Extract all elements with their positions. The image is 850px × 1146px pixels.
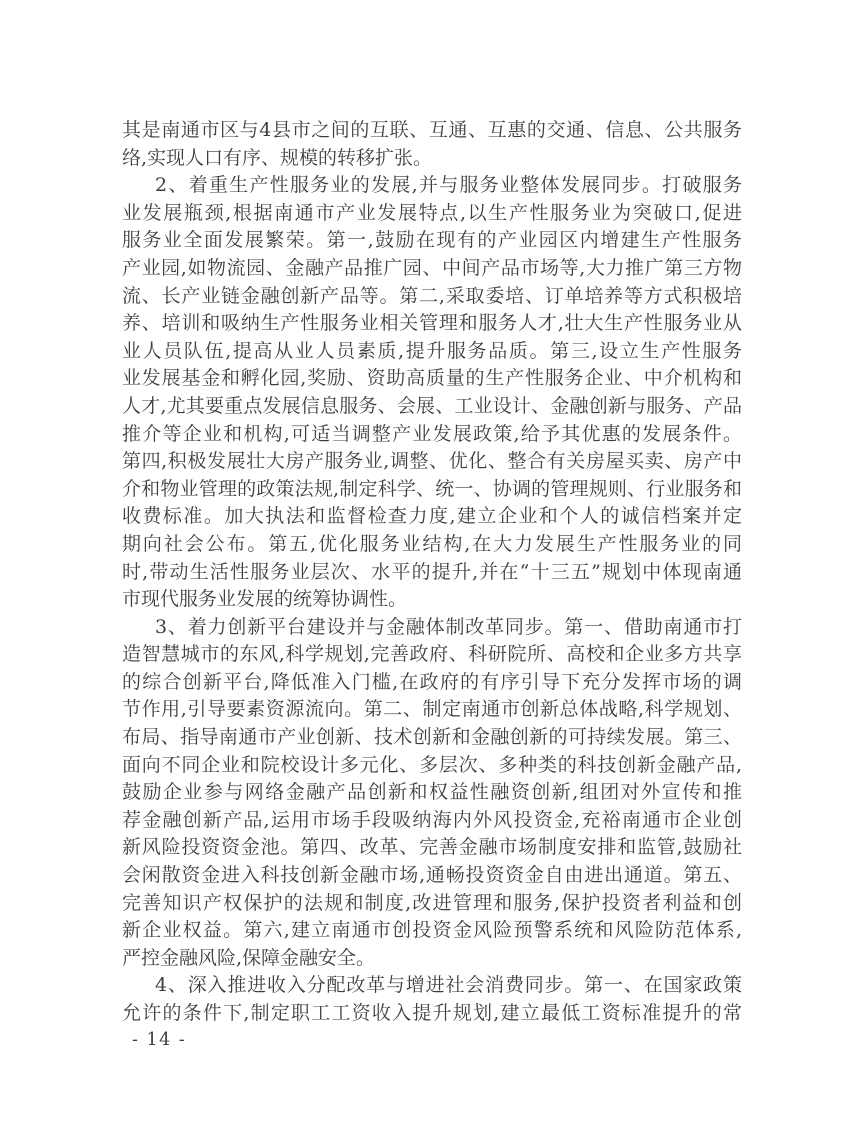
text-line: 新风险投资资金池。第四、改革、完善金融市场制度安排和监管,鼓励社 [122,834,742,862]
text-line: 络,实现人口有序、规模的转移扩张。 [122,145,742,173]
text-line: 服务业全面发展繁荣。第一,鼓励在现有的产业园区内增建生产性服务 [122,227,742,255]
text-line: 期向社会公布。第五,优化服务业结构,在大力发展生产性服务业的同 [122,531,742,559]
text-line: 第四,积极发展壮大房产服务业,调整、优化、整合有关房屋买卖、房产中 [122,448,742,476]
text-line: 严控金融风险,保障金融安全。 [122,945,742,973]
text-line: 会闲散资金进入科技创新金融市场,通畅投资资金自由进出通道。第五、 [122,862,742,890]
text-line: 2、着重生产性服务业的发展,并与服务业整体发展同步。打破服务 [122,172,742,200]
text-line: 养、培训和吸纳生产性服务业相关管理和服务人才,壮大生产性服务业从 [122,310,742,338]
text-line: 造智慧城市的东风,科学规划,完善政府、科研院所、高校和企业多方共享 [122,641,742,669]
text-line: 市现代服务业发展的统筹协调性。 [122,586,742,614]
text-line: 时,带动生活性服务业层次、水平的提升,并在“十三五”规划中体现南通 [122,559,742,587]
text-line: 人才,尤其要重点发展信息服务、会展、工业设计、金融创新与服务、产品 [122,393,742,421]
text-line: 的综合创新平台,降低准入门槛,在政府的有序引导下充分发挥市场的调 [122,669,742,697]
text-line: 介和物业管理的政策法规,制定科学、统一、协调的管理规则、行业服务和 [122,476,742,504]
text-line: 4、深入推进收入分配改革与增进社会消费同步。第一、在国家政策 [122,972,742,1000]
text-line: 流、长产业链金融创新产品等。第二,采取委培、订单培养等方式积极培 [122,283,742,311]
text-line: 荐金融创新产品,运用市场手段吸纳海内外风投资金,充裕南通市企业创 [122,807,742,835]
text-line: 完善知识产权保护的法规和制度,改进管理和服务,保护投资者利益和创 [122,890,742,918]
text-line: 其是南通市区与4县市之间的互联、互通、互惠的交通、信息、公共服务网 [122,117,742,145]
text-line: 推介等企业和机构,可适当调整产业发展政策,给予其优惠的发展条件。 [122,421,742,449]
text-line: 业发展瓶颈,根据南通市产业发展特点,以生产性服务业为突破口,促进 [122,200,742,228]
text-line: 面向不同企业和院校设计多元化、多层次、多种类的科技创新金融产品, [122,752,742,780]
text-line: 业发展基金和孵化园,奖励、资助高质量的生产性服务企业、中介机构和 [122,365,742,393]
text-line: 新企业权益。第六,建立南通市创投资金风险预警系统和风险防范体系, [122,917,742,945]
document-page: 其是南通市区与4县市之间的互联、互通、互惠的交通、信息、公共服务网络,实现人口有… [0,0,850,1146]
text-line: 收费标准。加大执法和监督检查力度,建立企业和个人的诚信档案并定 [122,503,742,531]
text-line: 布局、指导南通市产业创新、技术创新和金融创新的可持续发展。第三、 [122,724,742,752]
text-line: 产业园,如物流园、金融产品推广园、中间产品市场等,大力推广第三方物 [122,255,742,283]
document-body: 其是南通市区与4县市之间的互联、互通、互惠的交通、信息、公共服务网络,实现人口有… [122,117,742,1028]
text-line: 节作用,引导要素资源流向。第二、制定南通市创新总体战略,科学规划、 [122,696,742,724]
text-line: 鼓励企业参与网络金融产品创新和权益性融资创新,组团对外宣传和推 [122,779,742,807]
text-line: 3、着力创新平台建设并与金融体制改革同步。第一、借助南通市打 [122,614,742,642]
text-line: 允许的条件下,制定职工工资收入提升规划,建立最低工资标准提升的常 [122,1000,742,1028]
page-number-label: - 14 - [132,1030,186,1050]
text-line: 业人员队伍,提高从业人员素质,提升服务品质。第三,设立生产性服务 [122,338,742,366]
